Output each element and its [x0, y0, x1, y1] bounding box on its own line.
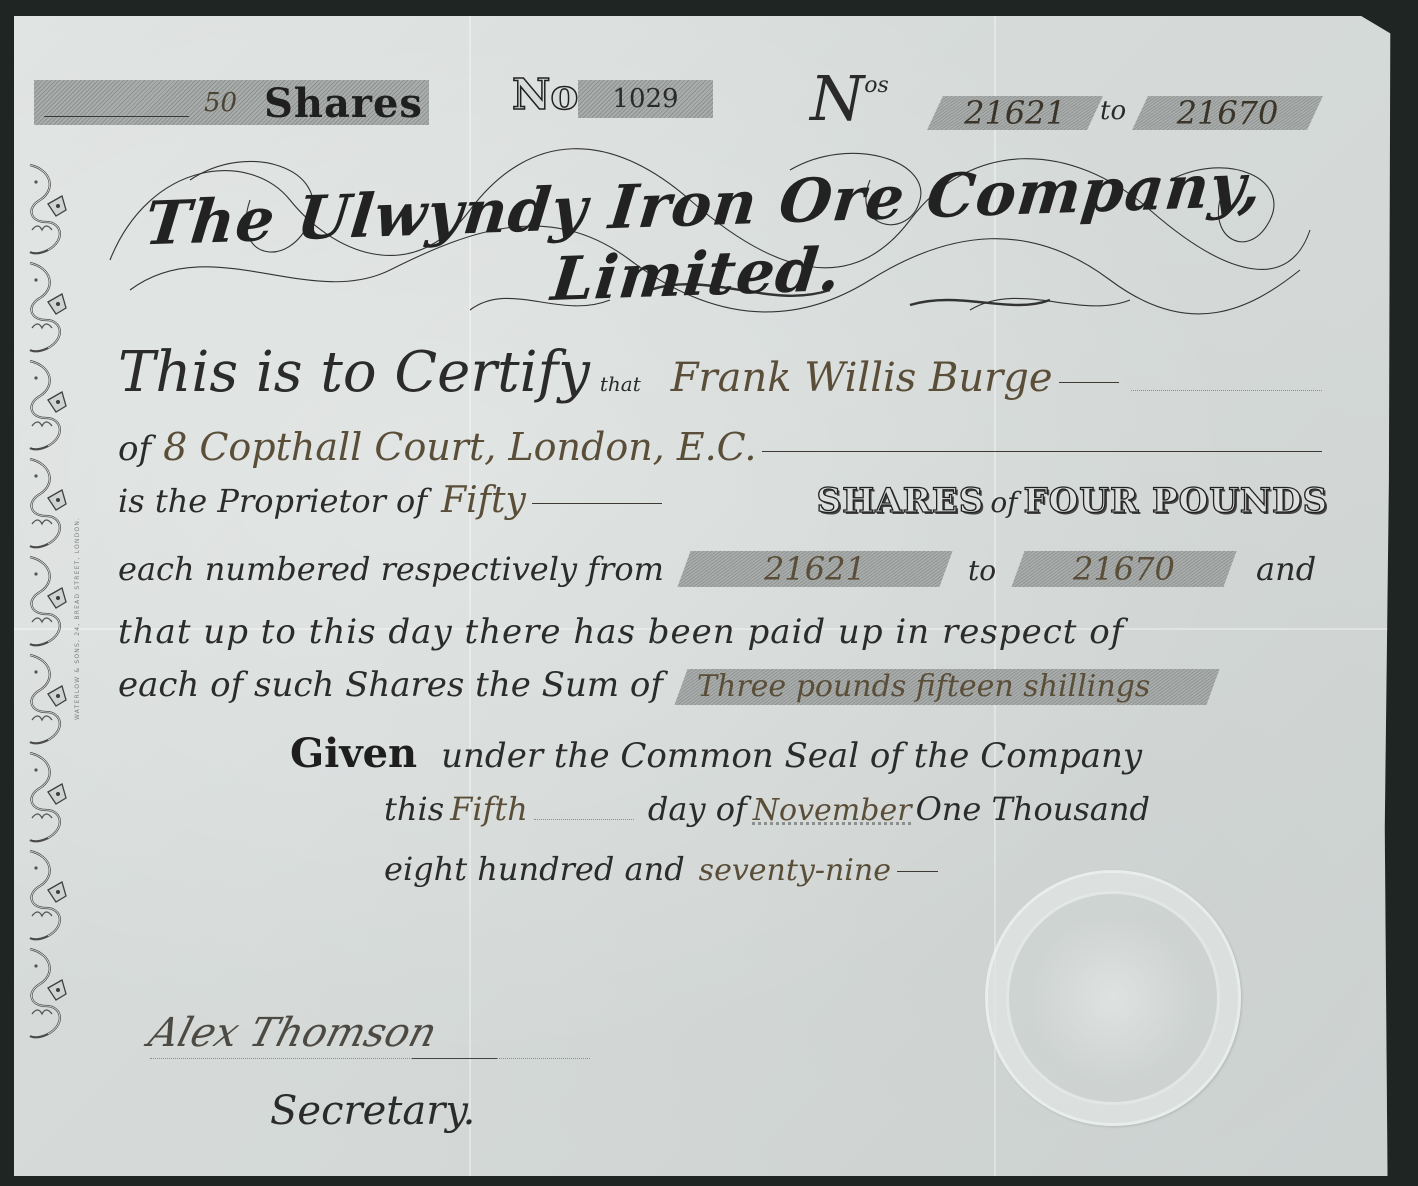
secretary-signature: Alex Thomson	[144, 1010, 442, 1056]
share-range-from-panel: 21621	[927, 96, 1103, 130]
share-range-to-panel: 21670	[1132, 96, 1323, 130]
ornamental-border	[22, 160, 70, 1040]
share-range-to: 21670	[1140, 96, 1315, 130]
shares-count-panel: 50 Shares	[34, 80, 429, 125]
numbered-to-panel: 21670	[1011, 551, 1236, 587]
holder-name: Frank Willis Burge	[671, 355, 1053, 401]
share-numbers-label: Nos	[810, 62, 889, 135]
certify-line: This is to Certify that Frank Willis Bur…	[118, 340, 1328, 405]
numbered-from: 21621	[764, 551, 866, 587]
signature-underline	[412, 1058, 497, 1059]
shares-label: Shares	[264, 80, 423, 127]
month-value: November	[753, 793, 912, 828]
numbered-to: 21670	[1073, 551, 1175, 587]
share-count: 50	[204, 88, 237, 118]
paid-sum-panel: Three pounds fifteen shillings	[674, 669, 1219, 705]
numbered-line: each numbered respectively from 21621 to…	[118, 550, 1328, 588]
paid-sum: Three pounds fifteen shillings	[697, 669, 1150, 705]
given-line: Given under the Common Seal of the Compa…	[290, 730, 1210, 777]
year-value: seventy-nine	[699, 853, 891, 888]
holder-address: 8 Copthall Court, London, E.C.	[163, 425, 756, 469]
numbered-from-panel: 21621	[677, 551, 952, 587]
share-quantity-words: Fifty	[441, 480, 526, 521]
year-line: eight hundred and seventy-nine	[384, 850, 944, 888]
certificate-number: 1029	[578, 80, 713, 118]
range-to-label: to	[1100, 96, 1126, 126]
fill-line	[44, 116, 189, 117]
shares-caps: SHARES	[817, 481, 985, 521]
share-range-from: 21621	[935, 96, 1095, 130]
day-value: Fifth	[450, 790, 528, 828]
secretary-title: Secretary.	[270, 1088, 475, 1134]
date-line: this Fifth day of November One Thousand	[384, 790, 1214, 828]
scroll-ornament-icon	[22, 160, 70, 1040]
printer-imprint: WATERLOW & SONS, 24, BREAD STREET, LONDO…	[74, 517, 81, 720]
seal-emblem-icon	[1028, 913, 1198, 1083]
address-line: of 8 Copthall Court, London, E.C.	[118, 425, 1328, 469]
sum-line: each of such Shares the Sum of Three pou…	[118, 665, 1328, 705]
proprietor-line: is the Proprietor of Fifty SHARES of FOU…	[118, 480, 1328, 521]
embossed-company-seal	[985, 870, 1241, 1126]
par-value: FOUR POUNDS	[1024, 481, 1328, 521]
given-heading: Given	[290, 730, 417, 777]
certify-heading: This is to Certify	[118, 340, 590, 405]
paid-up-line: that up to this day there has been paid …	[118, 612, 1328, 652]
